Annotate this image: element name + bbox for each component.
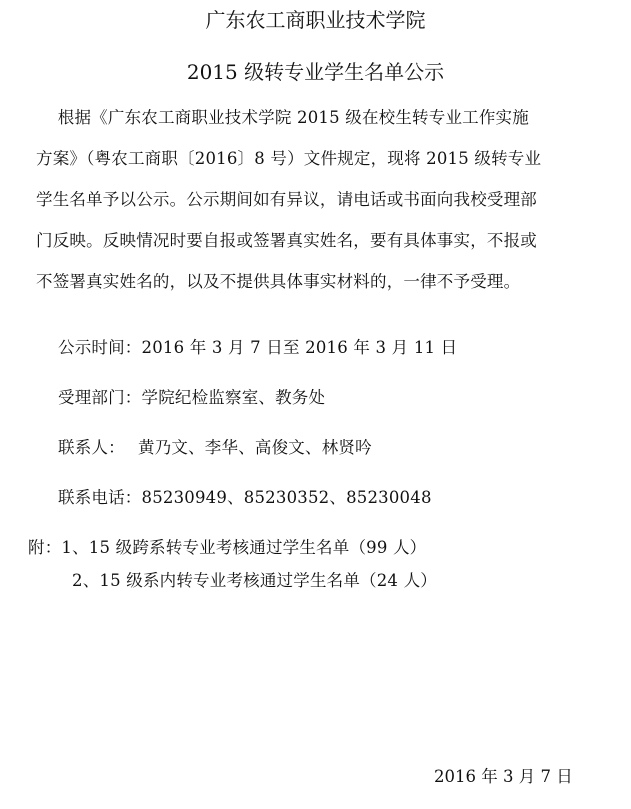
institution-name: 广东农工商职业技术学院 <box>0 8 631 32</box>
attachment-prefix: 附： <box>28 538 61 557</box>
attachment-item-label: 1、15 级跨系转专业考核通过学生名单（99 人） <box>61 538 426 557</box>
paragraph-line: 不签署真实姓名的，以及不提供具体事实材料的，一律不予受理。 <box>36 261 516 302</box>
signature-date: 2016 年 3 月 7 日 <box>434 765 573 789</box>
body-paragraph: 根据《广东农工商职业技术学院 2015 级在校生转专业工作实施 方案》（粤农工商… <box>36 97 516 302</box>
publicity-period: 公示时间：2016 年 3 月 7 日至 2016 年 3 月 11 日 <box>58 336 457 360</box>
contact-phone-value: 85230949、85230352、85230048 <box>142 488 432 507</box>
publicity-period-value: 2016 年 3 月 7 日至 2016 年 3 月 11 日 <box>142 338 458 357</box>
contact-phone: 联系电话：85230949、85230352、85230048 <box>58 486 432 510</box>
attachment-item: 附：1、15 级跨系转专业考核通过学生名单（99 人） <box>28 536 426 560</box>
contact-persons-label: 联系人： <box>58 436 138 460</box>
contact-phone-label: 联系电话： <box>58 488 142 507</box>
attachment-item-label: 2、15 级系内转专业考核通过学生名单（24 人） <box>72 571 437 590</box>
publicity-period-label: 公示时间： <box>58 338 142 357</box>
paragraph-line: 学生名单予以公示。公示期间如有异议，请电话或书面向我校受理部 <box>36 179 516 220</box>
handling-department-label: 受理部门： <box>58 388 142 407</box>
contact-persons-value: 黄乃文、李华、高俊文、林贤吟 <box>138 438 372 457</box>
paragraph-line: 门反映。反映情况时要自报或签署真实姓名，要有具体事实，不报或 <box>36 220 516 261</box>
document-title: 2015 级转专业学生名单公示 <box>0 60 631 84</box>
paragraph-line: 方案》（粤农工商职〔2016〕8 号）文件规定，现将 2015 级转专业 <box>36 138 516 179</box>
attachment-item: 2、15 级系内转专业考核通过学生名单（24 人） <box>72 569 437 593</box>
handling-department: 受理部门：学院纪检监察室、教务处 <box>58 386 325 410</box>
contact-persons: 联系人：黄乃文、李华、高俊文、林贤吟 <box>58 436 372 460</box>
paragraph-line: 根据《广东农工商职业技术学院 2015 级在校生转专业工作实施 <box>36 97 516 138</box>
handling-department-value: 学院纪检监察室、教务处 <box>142 388 326 407</box>
